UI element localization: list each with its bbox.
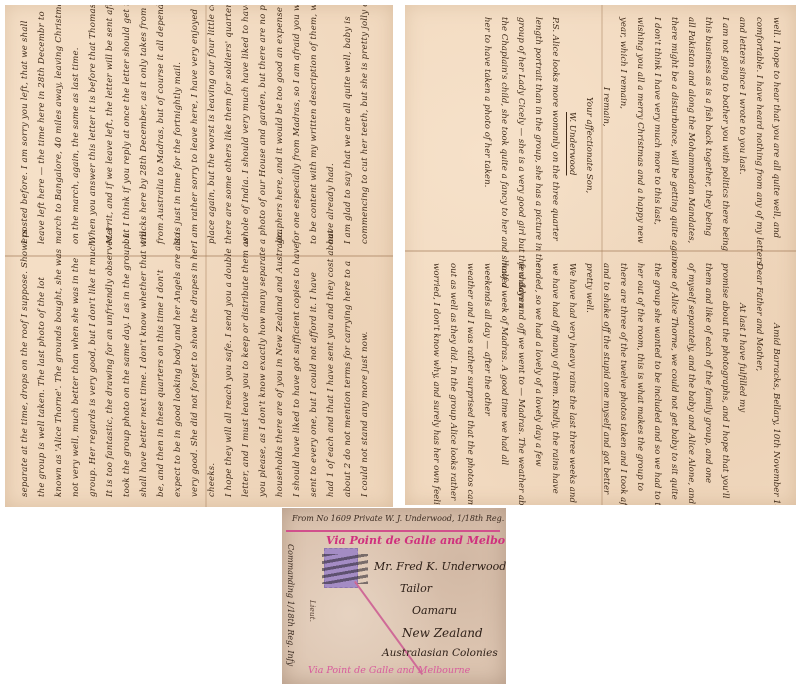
handwritten-line: letter, and I must leave you to keep or … bbox=[238, 267, 255, 497]
handwritten-line: had 1 of each and that I have sent you a… bbox=[323, 267, 340, 497]
closing-line: I remain, bbox=[597, 17, 614, 245]
handwritten-line: group. Her regards is very good, but I d… bbox=[85, 267, 102, 497]
handwritten-line: I hope they will all reach you safe. I s… bbox=[221, 267, 238, 497]
handwritten-line: known as 'Alice Thorne'. The grounds bou… bbox=[51, 267, 68, 497]
closing-line: Your affectionate Son, bbox=[580, 17, 597, 245]
handwritten-line: I could not stand any more just now. bbox=[357, 267, 374, 497]
handwritten-line: expect to be in good looking body and he… bbox=[170, 267, 187, 497]
handwritten-line: I should have liked to have got sufficie… bbox=[289, 267, 306, 497]
right-sheet-bottom-text: Amid Barracks, Bellary, 10th November 18… bbox=[414, 263, 784, 495]
handwritten-line: It is too fantastic, the drawing for an … bbox=[102, 267, 119, 497]
handwritten-line: tracks here by 28th December, as it only… bbox=[136, 19, 153, 244]
handwritten-line: weather and I was rather surprised that … bbox=[461, 263, 478, 495]
handwritten-line: be, and then in these quarters on this t… bbox=[153, 267, 170, 497]
handwritten-line: well. I hope to hear that you are all qu… bbox=[767, 17, 784, 245]
handwritten-line: on the march, again, the same as last ti… bbox=[68, 19, 85, 244]
handwritten-line: have already had. bbox=[323, 19, 340, 244]
handwritten-line: there might be a disturbance, will be ge… bbox=[665, 17, 682, 245]
handwritten-line: wishing you all a merry Christmas and a … bbox=[631, 17, 648, 245]
handwritten-line: all Pakistan and along the Mohammedan Ma… bbox=[682, 17, 699, 245]
handwritten-line: there are three of the twelve photos tak… bbox=[614, 263, 631, 495]
envelope-route-bottom: Via Point de Galle and Melbourne bbox=[308, 665, 470, 676]
handwritten-line: I am not going to bother you with politi… bbox=[716, 17, 733, 245]
letter-sheet-right: well. I hope to hear that you are all qu… bbox=[405, 5, 796, 505]
handwritten-line: few days and off we went to — Madras. Th… bbox=[512, 263, 529, 495]
handwritten-line: Merrit, and if we leave left, the letter… bbox=[102, 19, 119, 244]
handwritten-line: very good. She did not forget to show th… bbox=[187, 267, 204, 497]
handwritten-line: shall have better next time. I don't kno… bbox=[136, 267, 153, 497]
handwritten-line: ended, so we had a lovely of a lovely da… bbox=[529, 263, 546, 495]
handwritten-line: we have had off many of them. Kindly, th… bbox=[546, 263, 563, 495]
handwritten-line: for one especially from Madras, so I am … bbox=[289, 19, 306, 244]
handwritten-line: one of Alice Thorne, we could not get ba… bbox=[665, 263, 682, 495]
handwritten-line: you please, as I don't know exactly how … bbox=[255, 267, 272, 497]
handwritten-line: graphers here, and it would be too good … bbox=[272, 19, 289, 244]
postscript-line: her to have taken a photo of her taken. bbox=[478, 17, 495, 245]
handwritten-line: At last I have fulfilled my bbox=[733, 263, 750, 495]
left-sheet-bottom-text: separate at the time, drops on the roof … bbox=[17, 267, 387, 497]
handwritten-line: sent to every one, but I could not affor… bbox=[306, 267, 323, 497]
handwritten-line: We have had very heavy rains the last th… bbox=[563, 263, 580, 495]
handwritten-line: pretty well. bbox=[580, 263, 597, 495]
handwritten-line: I am glad to say that we are all quite w… bbox=[340, 19, 357, 244]
handwritten-line: households there are of you in New Zeala… bbox=[272, 267, 289, 497]
handwritten-line: and letters since I wrote to you last. bbox=[733, 17, 750, 245]
handwritten-line: from Australia to Madras, but of course … bbox=[153, 19, 170, 244]
handwritten-line: march to Bangalore, 40 miles away, leavi… bbox=[51, 19, 68, 244]
handwritten-line: to be content with my written descriptio… bbox=[306, 19, 323, 244]
handwritten-line: of myself separately, and the baby and A… bbox=[682, 263, 699, 495]
envelope-address-line: Australasian Colonies bbox=[382, 647, 498, 659]
postscript-line: length portrait than in the group, she h… bbox=[529, 17, 546, 245]
handwritten-line: out as well as they did. In the group Al… bbox=[444, 263, 461, 495]
handwritten-line: but I think if you reply at once the let… bbox=[119, 19, 136, 244]
postscript-line: the Chaplain's child, she took quite a f… bbox=[495, 17, 512, 245]
handwritten-line: promise about the photographs, and I hop… bbox=[716, 263, 733, 495]
handwritten-line: When you answer this letter it is before… bbox=[85, 19, 102, 244]
handwritten-line: cheeks. bbox=[204, 267, 221, 497]
handwritten-line: and to shake off the stupid one myself a… bbox=[597, 263, 614, 495]
envelope: From No 1609 Private W. J. Underwood, 1/… bbox=[282, 508, 506, 684]
handwritten-line: there are some others like them for sold… bbox=[221, 19, 238, 244]
handwritten-line: it is just in time for the fortnightly m… bbox=[170, 19, 187, 244]
postscript-line: group of her Lady Cicely — she is a very… bbox=[512, 17, 529, 245]
envelope-address-line: New Zealand bbox=[402, 626, 483, 640]
envelope-side-note-2: Lieut. bbox=[308, 600, 317, 622]
handwritten-line: commencing to cut her teeth, but she is … bbox=[357, 19, 374, 244]
envelope-pink-rule bbox=[286, 530, 500, 532]
handwritten-line: not very well, much better than when she… bbox=[68, 267, 85, 497]
handwritten-line: a photo of our House and garden, but the… bbox=[255, 19, 272, 244]
envelope-addressee: Mr. Fred K. Underwood bbox=[374, 560, 506, 573]
handwritten-line: I am rather sorry to leave here, I have … bbox=[187, 19, 204, 244]
handwritten-line: I posted before. I am sorry you left, th… bbox=[17, 19, 34, 244]
postscript-line: P.S. Alice looks more womanly on the thr… bbox=[546, 17, 563, 245]
handwritten-line: separate at the time, drops on the roof … bbox=[17, 267, 34, 497]
right-sheet-top-text: well. I hope to hear that you are all qu… bbox=[414, 17, 784, 245]
postmark-cancellation-icon bbox=[322, 554, 368, 584]
envelope-route-top: Via Point de Galle and Melbourne bbox=[326, 534, 506, 547]
handwritten-line: half a week of Madras. A good time we ha… bbox=[495, 263, 512, 495]
handwritten-line: the group she wanted to be included and … bbox=[648, 263, 665, 495]
letter-heading-date: Amid Barracks, Bellary, 10th November 18… bbox=[767, 263, 784, 495]
letter-sheet-left: I posted before. I am sorry you left, th… bbox=[5, 5, 393, 507]
handwritten-line: weekends all day — after the other bbox=[478, 263, 495, 495]
handwritten-line: comfortable. I have heard nothing from a… bbox=[750, 17, 767, 245]
envelope-side-note: Commanding 1/18th Reg. Infy bbox=[286, 544, 295, 666]
left-sheet-top-text: I posted before. I am sorry you left, th… bbox=[17, 19, 387, 244]
salutation: Dear Father and Mother, bbox=[750, 263, 767, 495]
envelope-sender-line: From No 1609 Private W. J. Underwood, 1/… bbox=[292, 514, 506, 523]
handwritten-line: place again, but the worst is leaving ou… bbox=[204, 19, 221, 244]
handwritten-line: her out of the room, this is what makes … bbox=[631, 263, 648, 495]
envelope-address-line: Tailor bbox=[400, 582, 432, 595]
handwritten-line: I don't think I have very much more to t… bbox=[648, 17, 665, 245]
handwritten-line: the group is well taken. The last photo … bbox=[34, 267, 51, 497]
handwritten-line: year, which I remain, bbox=[614, 17, 631, 245]
envelope-address-line: Oamaru bbox=[412, 604, 457, 617]
handwritten-line: about 2 do not mention terms for carryin… bbox=[340, 267, 357, 497]
handwritten-line: them and like of each of the family grou… bbox=[699, 263, 716, 495]
signature: W. Underwood bbox=[563, 17, 580, 245]
handwritten-line: took the group photo on the same day. I … bbox=[119, 267, 136, 497]
handwritten-line: this business as is a fish back together… bbox=[699, 17, 716, 245]
handwritten-line: leave left here — the time here in 28th … bbox=[34, 19, 51, 244]
handwritten-line: worried, I don't know why, and surely ha… bbox=[427, 263, 444, 495]
handwritten-line: whole of India. I should very much have … bbox=[238, 19, 255, 244]
